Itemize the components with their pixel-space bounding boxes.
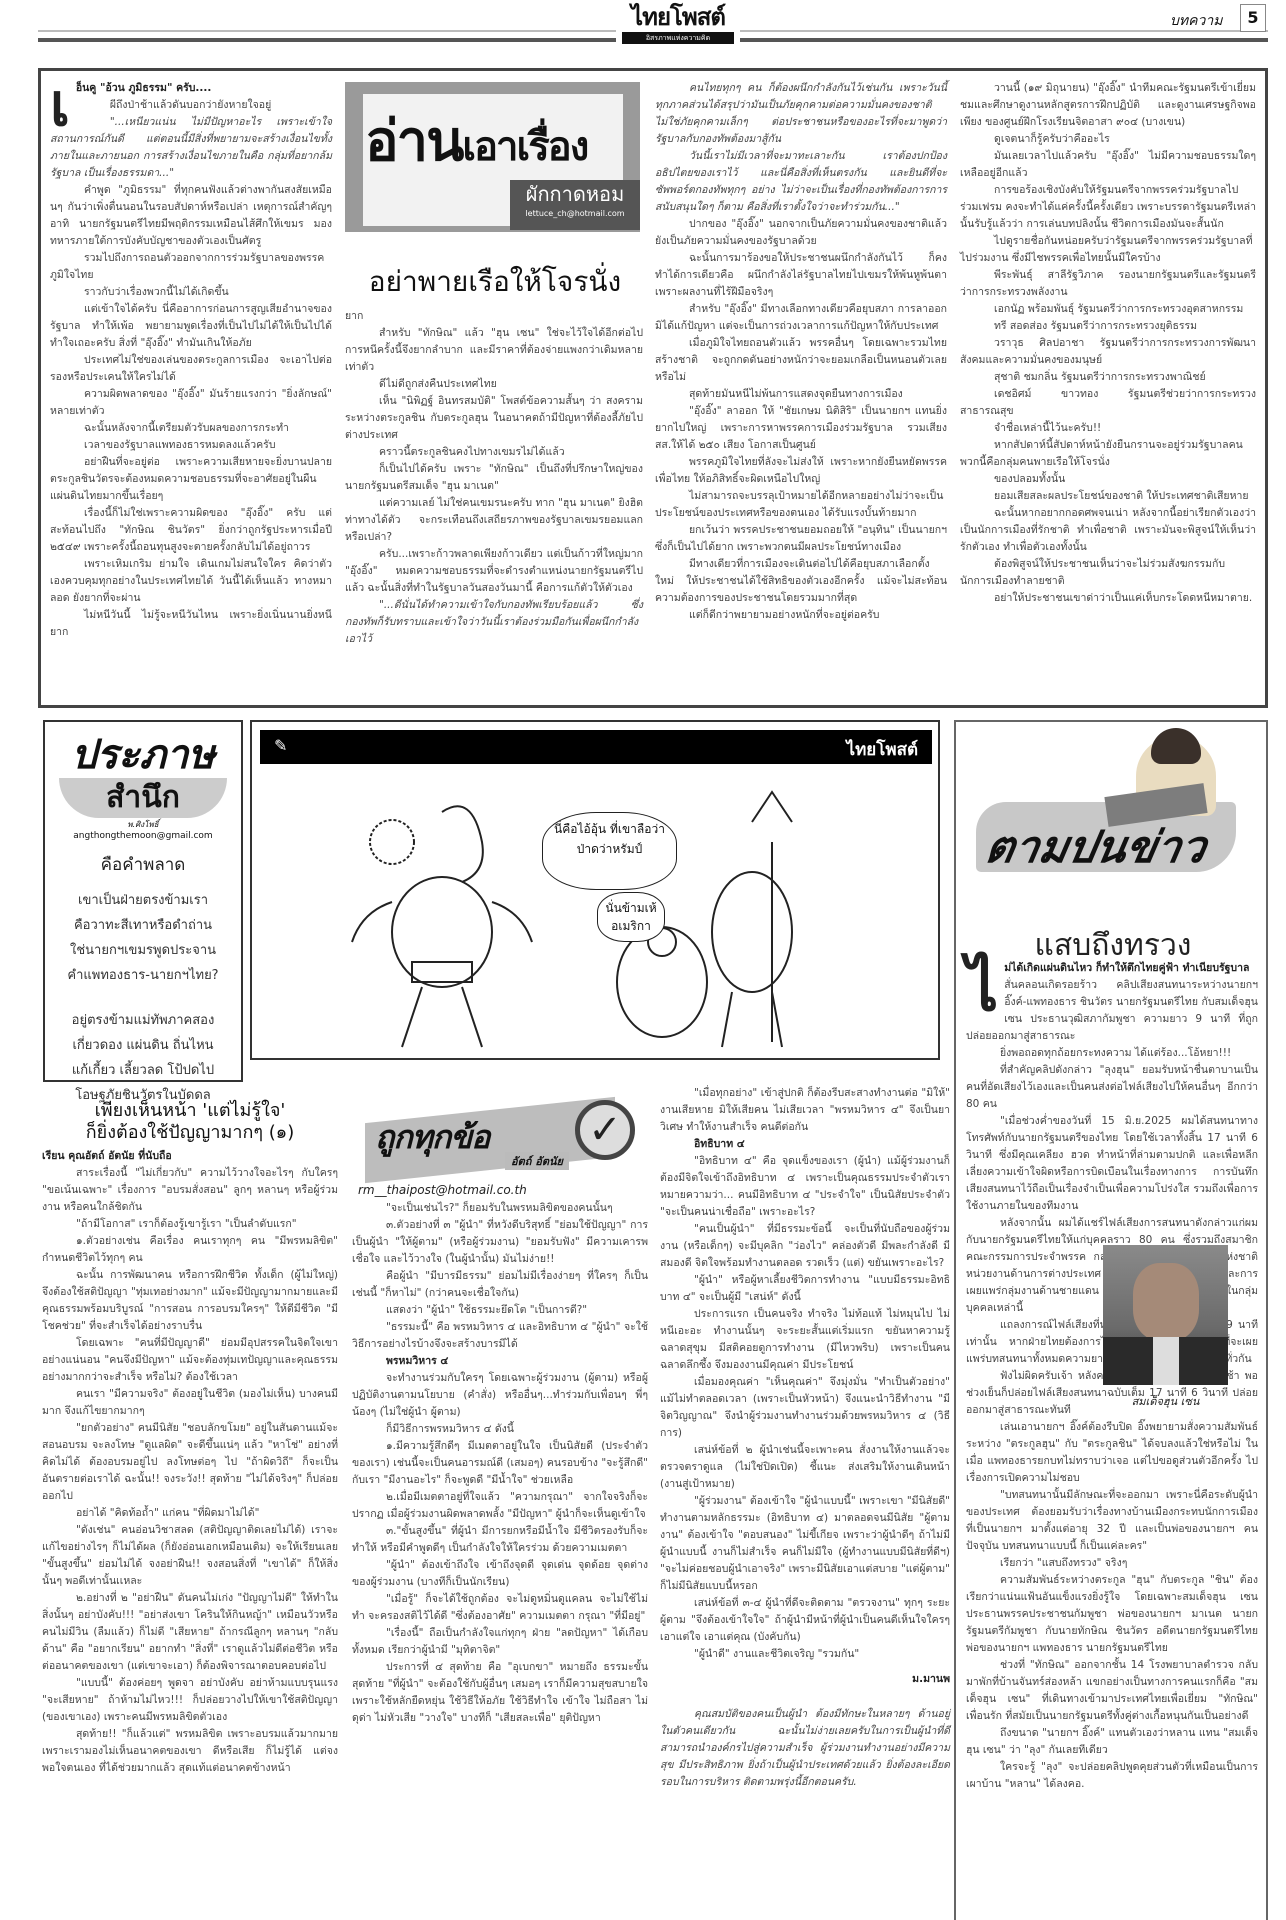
paragraph: "คนเป็นผู้นำ" ที่มีธรรมะข้อนี้ จะเป็นที่… [660,1221,950,1272]
paragraph: "บทสนทนานั้นมีลักษณะที่จะออกมา เพราะนี่ค… [966,1487,1258,1555]
paragraph: ฉะนั้นหลังจากนี้เตรียมตัวรับผลของการกระท… [50,420,332,437]
paragraph: ต้องพิสูจน์ให้ประชาชนเห็นว่าจะไม่ร่วมสัง… [960,556,1256,590]
paragraph: เพราะเหิมเกริม ย่ามใจ เดินเกมไม่สนใจใคร … [50,556,332,607]
paragraph: ฉะนั้นการมาร้องขอให้ประชาชนผนึกกำลังกันไ… [655,250,947,301]
paragraph: เวลาของรัฐบาลแพทองธารหมดลงแล้วครับ [50,437,332,454]
paragraph: เรื่องนี้ก็ไม่ใช่เพราะความผิดของ "อุ๊งอิ… [50,505,332,556]
checklist-col-b: "เมื่อทุกอย่าง" เข้าสู่ปกติ ก็ต้องรีบสะส… [660,1085,950,1791]
paragraph: ไม่หนีวันนี้ ไม่รู้จะหนีวันไหน เพราะยิ่ง… [50,607,332,641]
paragraph: ช่วงที่ "ทักษิณ" ออกจากชั้น 14 โรงพยาบาล… [966,1657,1258,1725]
paragraph: อ็นคู "อ้วน ภูมิธรรม" ครับ.... [50,80,332,97]
paragraph: จำชื่อเหล่านี้ไว้นะครับ!! [960,420,1256,437]
paragraph: ๑.ตัวอย่างเช่น คือเรื่อง คนเราทุกๆ คน "ม… [42,1233,338,1267]
letter-headline: เพียงเห็นหน้า 'แต่ไม่รู้ใจ' ก็ยิ่งต้องใช… [40,1100,340,1144]
paragraph: แสดงว่า "ผู้นำ" ใช้ธรรมะยึดโต "เป็นการดี… [352,1302,648,1319]
paragraph: หากสัปดาห์นี้สัปดาห์หน้ายังยืนกรานจะอยู่… [960,437,1256,471]
paragraph: สุชาติ ชมกลิ่น รัฐมนตรีว่าการกระทรวงพาณิ… [960,369,1256,386]
paragraph: อย่าให้ประชาชนเขาด่าว่าเป็นแค่เห็บกระโดด… [960,590,1256,607]
author-tag: ผักกาดหอม lettuce_ch@hotmail.com [510,180,640,230]
paragraph: สุดท้าย!! "ก็แล้วแต่" พรหมลิขิต เพราะอบร… [42,1726,338,1777]
paragraph: อย่าได้ "คิดท้อถ้ำ" แก่คน "ที่ผิดมาไม่ได… [42,1505,338,1522]
paragraph: อย่าฝืนที่จะอยู่ต่อ เพราะความเสียหายจะยิ… [50,454,332,505]
paragraph: ดีไม่ดีถูกส่งคืนประเทศไทย [345,376,643,393]
paragraph: ผีถึงป่าช้าแล้วดันบอกว่ายังหายใจอยู่ [50,97,332,114]
paragraph: วราวุธ ศิลปอาชา รัฐมนตรีว่าการกระทรวงการ… [960,335,1256,369]
paragraph: เมื่อมองคุณค่า "เห็นคุณค่า" จึงมุ่งมั่น … [660,1374,950,1442]
paragraph: ยอมเสียสละผลประโยชน์ของชาติ ให้ประเทศชาต… [960,488,1256,505]
poem-box: ประภาษ สำนึก พ.ศิงโพธิ์ angthongthemoon@… [43,720,243,1082]
paragraph: ความสัมพันธ์ระหว่างตระกูล "ฮุน" กับตระกู… [966,1572,1258,1657]
logo-tagline: อิสรภาพแห่งความคิด [622,32,734,44]
paragraph: "ผู้ร่วมงาน" ต้องเข้าใจ "ผู้นำแบบนี้" เพ… [660,1493,950,1595]
speech-bubble-1: นี่คือไอ้อุ้น ที่เขาลือว่า ป่าดว่าหรัมป์ [542,812,677,890]
logo-title: ไทยโพสต์ [616,2,740,32]
column-title: อ่านเอาเรื่อง [365,112,587,177]
news-drop-cap: ไ [966,960,998,1018]
paragraph: จะทำงานร่วมกับใครๆ โดยเฉพาะผู้ร่วมงาน (ผ… [352,1370,648,1421]
paragraph: เสน่ห์ข้อที่ ๓-๔ ผู้นำที่ดีจะติดตาม "ตรว… [660,1595,950,1646]
drop-cap: เ [50,80,70,130]
paragraph: ทรี สอดส่อง รัฐมนตรีว่าการกระทรวงยุติธรร… [960,318,1256,335]
paragraph: ๑.มีความรู้สึกดีๆ มีเมตตาอยู่ในใจ เป็นนิ… [352,1438,648,1489]
paragraph: ครับ...เพราะก้าวพลาดเพียงก้าวเดียว แต่เป… [345,546,643,597]
poem-stanza-2: อยู่ตรงข้ามแม่ทัพภาคสอง เกี่ยวดอง แผ่นดิ… [45,1008,241,1108]
editorial-col-4: วานนี้ (๑๙ มิถุนายน) "อุ๊งอิ๊ง" นำทีมคณะ… [960,80,1256,607]
paragraph: "แบบนี้" ต้องค่อยๆ พูดจา อย่าบังคับ อย่า… [42,1675,338,1726]
paragraph: เรียกว่า "แสบถึงทรวง" จริงๆ [966,1555,1258,1572]
letter-body: เรียน คุณอัตถ์ อัตนัย ที่นับถือ สาระเรื่… [42,1148,338,1777]
paragraph: "ผู้นำดี" งานและชีวิตเจริญ "รวมกัน" [660,1646,950,1663]
paragraph: วันนี้เราไม่มีเวลาที่จะมาทะเลาะกัน เราต้… [655,148,947,216]
paragraph: สำหรับ "อุ๊งอิ๊ง" มีทางเลือกทางเดียวคือย… [655,301,947,335]
paragraph: วานนี้ (๑๙ มิถุนายน) "อุ๊งอิ๊ง" นำทีมคณะ… [960,80,1256,131]
cartoonist-mascot-icon: ✎ [274,736,287,755]
paragraph: เห็น "นิพิฏฐ์ อินทรสมบัติ" โพสต์ข้อความส… [345,393,643,444]
paragraph: สั่นคลอนเกิดรอยร้าว คลิปเสียงสนทนาระหว่า… [966,977,1258,1045]
paragraph: แต่ความเลย์ ไม่ใช่คนเขมรนะครับ ทาก "ฮุน … [345,495,643,546]
paragraph: เมื่อภูมิใจไทยถอนตัวแล้ว พรรคอื่นๆ โดยเฉ… [655,335,947,386]
checkmark-icon: ✓ [575,1100,635,1160]
paragraph: ประการที่ ๔ สุดท้าย คือ "อุเบกขา" หมายถึ… [352,1659,648,1727]
paragraph: ก็เป็นไปได้ครับ เพราะ "ทักษิณ" เป็นถึงที… [345,461,643,495]
paragraph: ของปลอมทั้งนั้น [960,471,1256,488]
poem-stanza-1: เขาเป็นฝ่ายตรงข้ามเรา คือวาทะสีเทาหรือดำ… [45,888,241,988]
paragraph: "ถ้ามีโอกาส" เราก็ต้องรู้เขารู้เรา "เป็น… [42,1216,338,1233]
paragraph: รวมไปถึงการถอนตัวออกจากการร่วมรัฐบาลของพ… [50,250,332,284]
paragraph: "เมื่อช่วงค่ำของวันที่ 15 มิ.ย.2025 ผมได… [966,1113,1258,1215]
paragraph: อิทธิบาท ๔ [660,1136,950,1153]
portrait-shirt [1153,1337,1179,1385]
paragraph: ที่สำคัญคลิปดังกล่าว "ลุงฮุน" ยอมรับหน้า… [966,1062,1258,1113]
paragraph: เดชอิศม์ ขาวทอง รัฐมนตรีช่วยว่าการกระทรว… [960,386,1256,420]
paragraph: "ผู้นำ" หรือผู้หาเลี้ยงชีวิตการทำงาน "แบ… [660,1272,950,1306]
paragraph: "เมื่อรู้" ก็จะได้ใช้ถูกต้อง จะไม่ดูหมิ่… [352,1591,648,1625]
paragraph: โดยเฉพาะ "คนที่มีปัญญาดี" ย่อมมีอุปสรรคใ… [42,1335,338,1386]
paragraph: ๒.อย่างที่ ๒ "อย่าฝืน" ดันคนไม่เก่ง "ปัญ… [42,1590,338,1675]
newspaper-logo: ไทยโพสต์ อิสรภาพแห่งความคิด [616,2,740,52]
paragraph: ๓.ตัวอย่างที่ ๓ "ผู้นำ" ที่หวังดีบริสุทธ… [352,1217,648,1268]
paragraph: สำหรับ "ทักษิณ" แล้ว "ฮุน เซน" ใช่จะไว้ใ… [345,325,643,376]
paragraph: ก็มีวิธีการพรหมวิหาร ๔ ดังนี้ [352,1421,648,1438]
paragraph: ถึงขนาด "นายกฯ อิ๊งค์" แทนตัวเองว่าหลาน … [966,1725,1258,1759]
paragraph: ความผิดพลาดของ "อุ๊งอิ๊ง" มันร้ายแรงกว่า… [50,386,332,420]
paragraph: แต่ก็ดีกว่าพยายามอย่างหนักที่จะอยู่ต่อคร… [655,607,947,624]
paragraph: ยิ่งพอถอดทุกถ้อยกระทงความ ได้แต่ร้อง...โ… [966,1045,1258,1062]
paragraph: ฉะนั้นหากอยากกอดศพจนเน่า หลังจากนี้อย่าเ… [960,505,1256,556]
poem-title: คือคำพลาด [45,851,241,878]
editorial-headline: อย่าพายเรือให้โจรนั่ง [345,260,645,304]
paragraph: ๓."ขั้นสูงขึ้น" ที่ผู้นำ มีการยกหรือมีน้… [352,1523,648,1557]
page-number: 5 [1240,4,1266,32]
paragraph: มีทางเดียวที่การเมืองจะเดินต่อไปได้คือยุ… [655,556,947,607]
paragraph: เอกนัฏ พร้อมพันธุ์ รัฐมนตรีว่าการกระทรวง… [960,301,1256,318]
paragraph: "เรื่องนี้" ถือเป็นกำลังใจแก่ทุกๆ ฝ่าย "… [352,1625,648,1659]
author-email: lettuce_ch@hotmail.com [510,208,640,220]
paragraph: แต่เข้าใจได้ครับ นี่คืออาการก่อนการสูญเส… [50,301,332,352]
portrait-photo [1103,1245,1228,1385]
reader-hair [1151,728,1201,764]
signoff: ม.มานพ [660,1671,950,1688]
paragraph: พรหมวิหาร ๔ [352,1353,648,1370]
speech-bubble-2: นั่นข้ามเห้ อเมริกา [597,892,665,942]
editorial-col-1: เ อ็นคู "อ้วน ภูมิธรรม" ครับ....ผีถึงป่า… [50,80,332,641]
closing-note: คุณสมบัติของคนเป็นผู้นำ ต้องมีทักษะในหลา… [660,1706,950,1791]
paragraph: สุดท้ายมันหนีไม่พ้นการแสดงจุดยืนทางการเม… [655,386,947,403]
paragraph: ไม่สามารถจะบรรลุเป้าหมายได้อีกหลายอย่างไ… [655,488,947,522]
paragraph: "ธรรมะนี้" คือ พรหมวิหาร ๔ และอิทธิบาท ๔… [352,1319,648,1353]
paragraph: คราวนี้ตระกูลชินคงไปทางเขมรไม่ได้แล้ว [345,444,643,461]
paragraph: "อุ๊งอิ๊ง" ลาออก ให้ "ชัยเกษม นิติสิริ" … [655,403,947,454]
checklist-column-banner: ถูกทุกข้อ ✓ อัตถ์ อัตนัย [355,1090,645,1180]
checklist-col-a: "จะเป็นเช่นไร?" ก็ยอมรับในพรหมลิขิตของคน… [352,1200,648,1727]
paragraph: พีระพันธุ์ สาลีรัฐวิภาค รองนายกรัฐมนตรีแ… [960,267,1256,301]
news-lead: ม่ได้เกิดแผ่นดินไหว ก็ทำให้ตึกไทยคู่ฟ้า … [966,960,1258,977]
paragraph: ดูเจตนาก็รู้ครับว่าคืออะไร [960,131,1256,148]
paragraph: คนเรา "มีความจริง" ต้องอยู่ในชีวิต (มองไ… [42,1386,338,1420]
editorial-col-3: คนไทยทุกๆ คน ก็ต้องผนึกกำลังกันไว้เช่นกั… [655,80,947,624]
paragraph: "จะเป็นเช่นไร?" ก็ยอมรับในพรหมลิขิตของคน… [352,1200,648,1217]
poem-email: angthongthemoon@gmail.com [45,831,241,841]
paragraph: ใครจะรู้ "ลุง" จะปล่อยคลิปพูดคุยส่วนตัวท… [966,1759,1258,1793]
paragraph: "...ดีนั่นได้ทำความเข้าใจกับกองทัพเรียบร… [345,597,643,648]
paragraph: ฉะนั้น การพัฒนาคน หรือการฝึกชีวิต ทั้งเด… [42,1267,338,1335]
paragraph: ๒.เมื่อมีเมตตาอยู่ที่ใจแล้ว "ความกรุณา" … [352,1489,648,1523]
paragraph: ประเทศไม่ใช่ของเล่นของตระกูลการเมือง จะเ… [50,352,332,386]
checklist-logo: ถูกทุกข้อ [375,1112,489,1163]
photo-caption: สมเด็จฮุน เซน [1103,1392,1228,1410]
paragraph: คำพูด "ภูมิธรรม" ที่ทุกคนฟังแล้วต่างพากั… [50,182,332,250]
editorial-cartoon: ✎ ไทยโพสต์ นี่คือไอ้อุ้น ที่เขาลือว่า ป่… [250,720,940,1060]
poem-byline: พ.ศิงโพธิ์ [45,818,241,831]
cartoon-header-bar: ✎ ไทยโพสต์ [260,730,932,764]
column-banner: อ่านเอาเรื่อง ผักกาดหอม lettuce_ch@hotma… [345,82,640,232]
paragraph: ยกเว้นว่า พรรคประชาชนยอมถอยให้ "อนุทิน" … [655,522,947,556]
paragraph: ราวกับว่าเรื่องพวกนี้ไม่ได้เกิดขึ้น [50,284,332,301]
paragraph: เล่นเอานายกฯ อิ๊งค์ต้องรีบปิด อิ๊งพยายาม… [966,1419,1258,1487]
paragraph: ประการแรก เป็นคนจริง ทำจริง ไม่ท้อแท้ ไม… [660,1306,950,1374]
paragraph: มันเลยเวลาไปแล้วครับ "อุ๊งอิ๊ง" ไม่มีควา… [960,148,1256,182]
cartoon-brand: ไทยโพสต์ [847,736,918,763]
portrait-face [1133,1263,1199,1341]
checklist-email: rm__thaipost@hotmail.co.th [358,1183,527,1197]
paragraph: "ดังเช่น" คนอ่อนวิชาสลด (สติปัญญาติดเลยไ… [42,1522,338,1590]
paragraph: ปากของ "อุ๊งอิ๊ง" นอกจากเป็นภัยความมั่นค… [655,216,947,250]
paragraph: เสน่ห์ข้อที่ ๒ ผู้นำเช่นนี้จะเพาะคน สั่ง… [660,1442,950,1493]
section-label: บทความ [1170,10,1222,32]
paragraph: "...เหนียวแน่น ไม่มีปัญหาอะไร เพราะเข้าใ… [50,114,332,182]
paragraph: คนไทยทุกๆ คน ก็ต้องผนึกกำลังกันไว้เช่นกั… [655,80,947,148]
paragraph: "อิทธิบาท ๔" คือ จุดแข็งของเรา (ผู้นำ) แ… [660,1153,950,1221]
checklist-author: อัตถ์ อัตนัย [505,1152,569,1170]
news-column-logo: ตามปนข่าว [980,812,1212,882]
poem-logo: ประภาษ [45,732,241,778]
editorial-col-2: ยากสำหรับ "ทักษิณ" แล้ว "ฮุน เซน" ใช่จะไ… [345,308,643,648]
paragraph: "ผู้นำ" ต้องเข้าถึงใจ เข้าถึงจุดดี จุดเด… [352,1557,648,1591]
paragraph: พรรคภูมิใจไทยที่ลังจะไม่ส่งให้ เพราะหากย… [655,454,947,488]
paragraph: การขอร้องเชิงบังคับให้รัฐมนตรีจากพรรคร่ว… [960,182,1256,233]
poem-scroll-banner: สำนึก [59,778,227,818]
paragraph: ไปดูรายชื่อกันหน่อยครับว่ารัฐมนตรีจากพรร… [960,233,1256,267]
letter-salutation: เรียน คุณอัตถ์ อัตนัย ที่นับถือ [42,1148,338,1165]
paragraph: "ยกตัวอย่าง" คนมีนิสัย "ชอบลักขโมย" อยู่… [42,1420,338,1505]
paragraph: คือผู้นำ "มีบารมีธรรม" ย่อมไม่มีเรื่องง่… [352,1268,648,1302]
author-name: ผักกาดหอม [510,180,640,208]
paragraph: สาระเรื่องนี้ "ไม่เกี่ยวกับ" ความไว้วางใ… [42,1165,338,1216]
paragraph: "เมื่อทุกอย่าง" เข้าสู่ปกติ ก็ต้องรีบสะส… [660,1085,950,1136]
paragraph: ยาก [345,308,643,325]
